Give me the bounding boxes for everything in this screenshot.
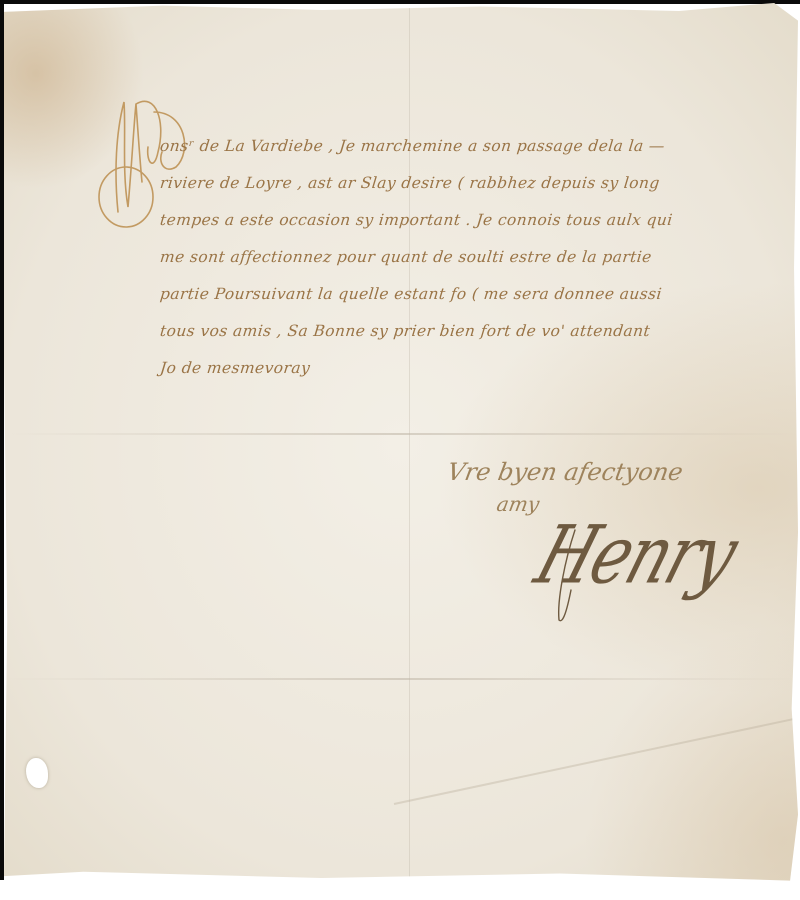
letter-line: tempes a este occasion sy important . Je…	[158, 202, 800, 239]
letter-line: onsʳ de La Vardiebe , Je marchemine a so…	[158, 128, 800, 165]
closing-line-1: Vre byen afectyone	[445, 458, 685, 486]
scan-border-top	[0, 0, 800, 4]
diagonal-crease	[394, 716, 800, 805]
horizontal-fold-line	[4, 433, 798, 435]
signature-flourish-icon	[545, 520, 765, 630]
letter-line: riviere de Loyre , ast ar Slay desire ( …	[158, 165, 800, 202]
paper-hole	[26, 758, 48, 788]
letter-line: partie Poursuivant la quelle estant fo (…	[158, 276, 800, 313]
scan-border-left	[0, 0, 4, 880]
letter-line: me sont affectionnez pour quant de soult…	[158, 239, 800, 276]
closing-phrase: Vre byen afectyone amy	[440, 458, 685, 516]
horizontal-fold-line	[4, 678, 798, 680]
letter-line: Jo de mesmevoray	[158, 350, 800, 387]
letter-body: onsʳ de La Vardiebe , Je marchemine a so…	[160, 128, 800, 387]
letter-line: tous vos amis , Sa Bonne sy prier bien f…	[158, 313, 800, 350]
